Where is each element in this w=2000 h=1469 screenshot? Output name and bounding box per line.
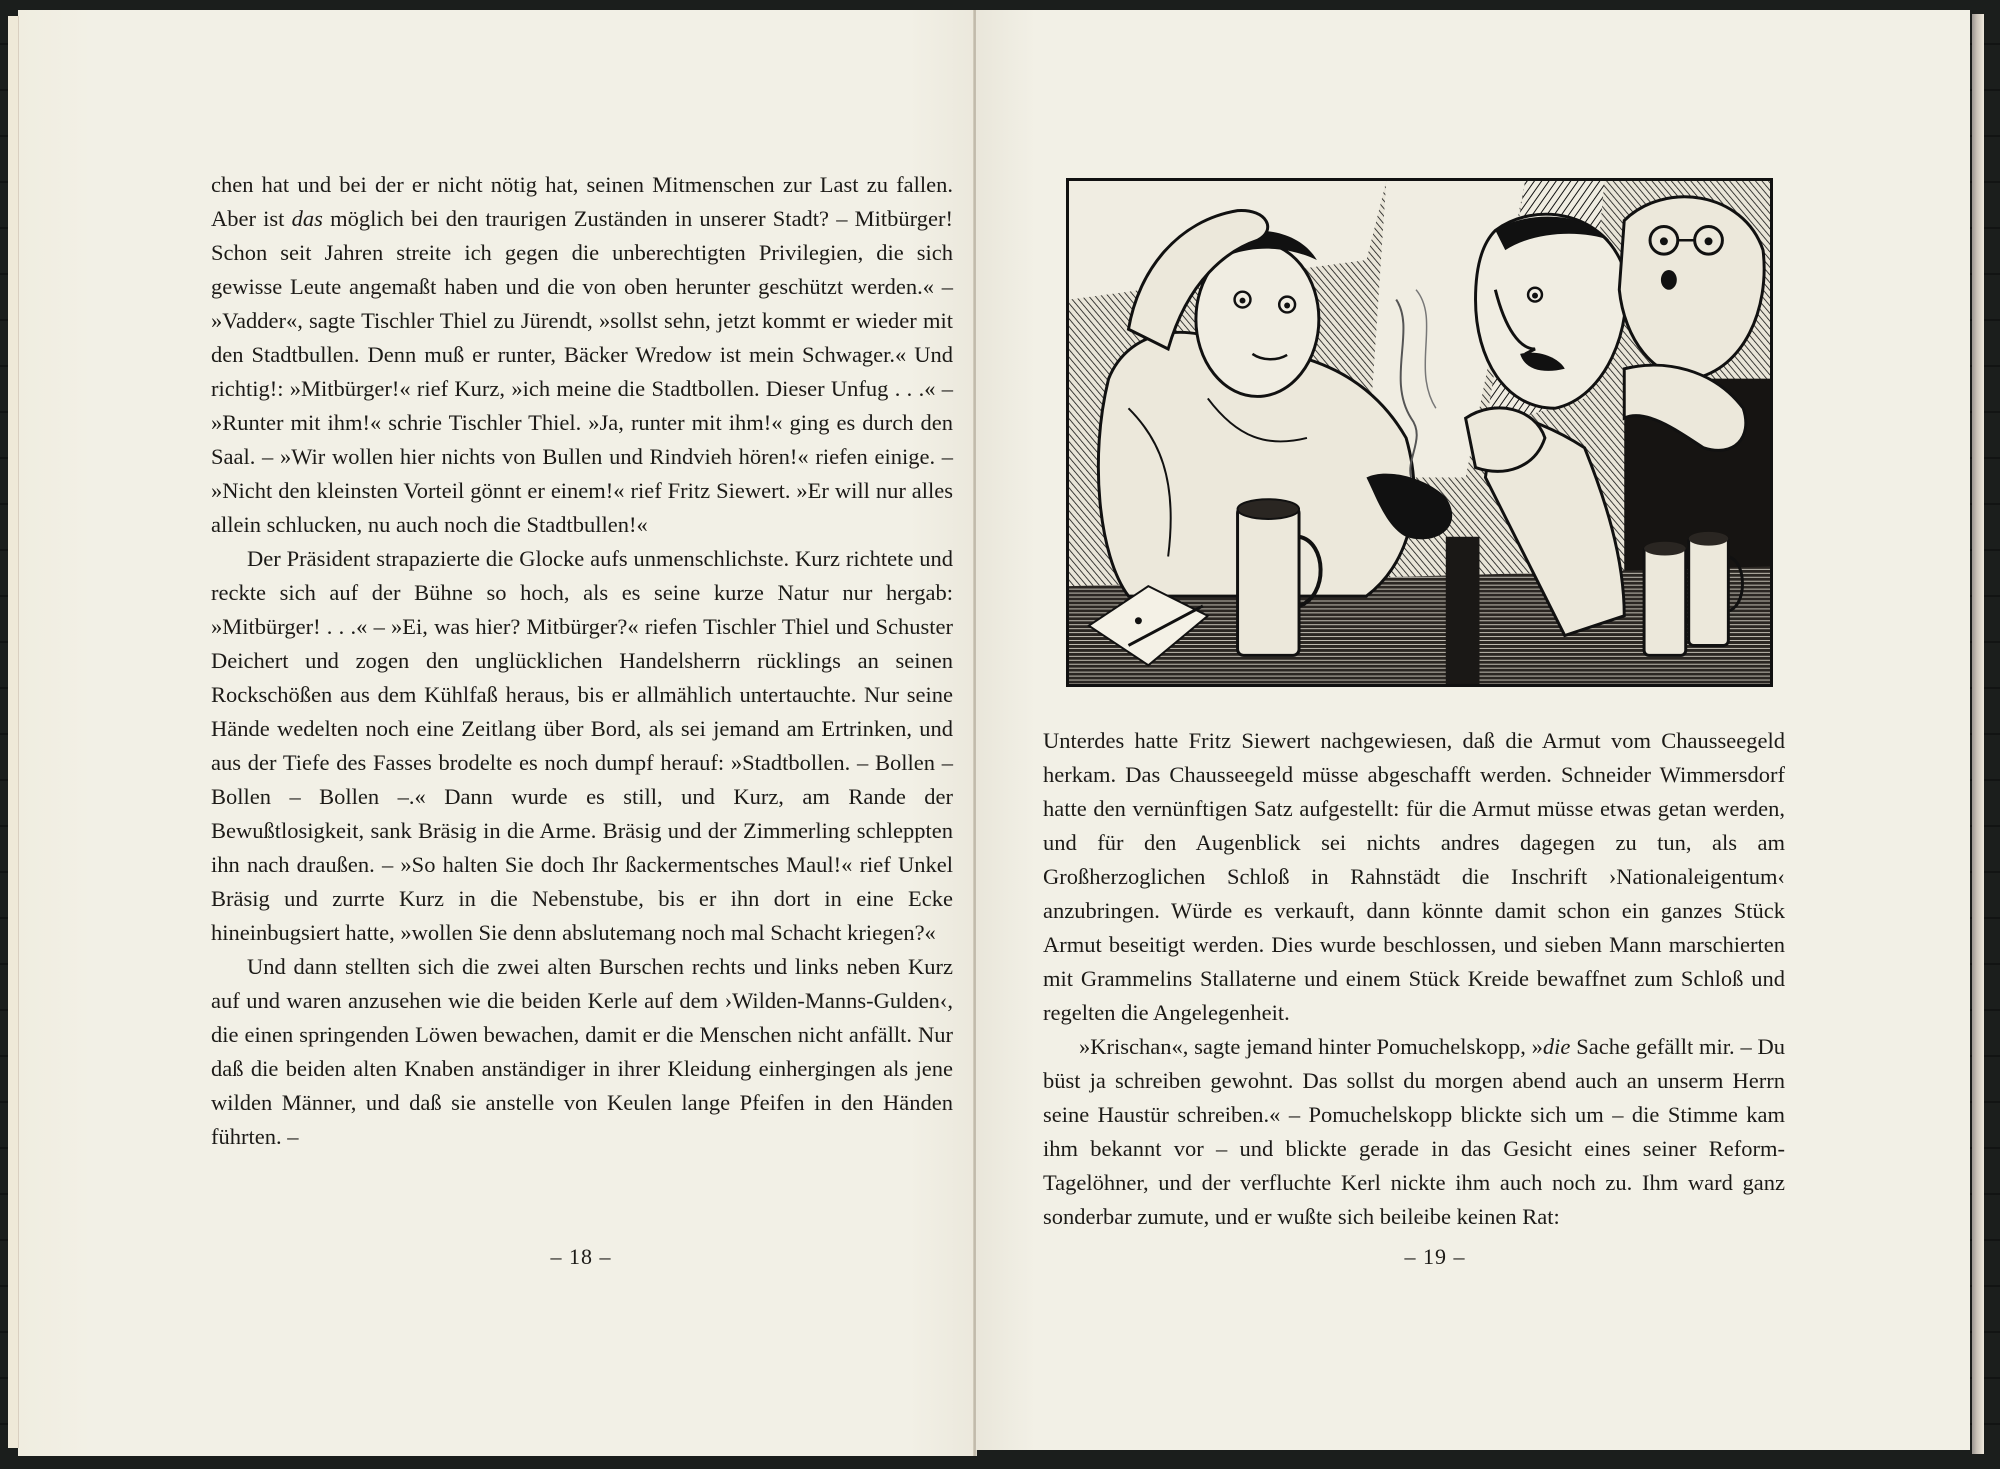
paragraph: chen hat und bei der er nicht nötig hat,…	[211, 168, 953, 542]
emphasis-text: die	[1543, 1034, 1571, 1059]
paragraph-text: möglich bei den traurigen Zuständen in u…	[211, 206, 953, 537]
paragraph: »Krischan«, sagte jemand hinter Pomuchel…	[1043, 1030, 1785, 1234]
woodcut-illustration	[1066, 178, 1773, 687]
paragraph-text: »Krischan«, sagte jemand hinter Pomuchel…	[1079, 1034, 1543, 1059]
paragraph: Und dann stellten sich die zwei alten Bu…	[211, 950, 953, 1154]
page-number-left: – 18 –	[521, 1244, 641, 1270]
paragraph: Unterdes hatte Fritz Siewert nachgewiese…	[1043, 724, 1785, 1030]
emphasis-text: das	[292, 206, 323, 231]
left-page-body-text: chen hat und bei der er nicht nötig hat,…	[211, 168, 953, 1154]
paragraph-text: Sache gefällt mir. – Du büst ja schreibe…	[1043, 1034, 1785, 1229]
right-page-body-text: Unterdes hatte Fritz Siewert nachgewiese…	[1043, 724, 1785, 1234]
page-number-right: – 19 –	[1375, 1244, 1495, 1270]
tavern-scene-image	[1069, 181, 1770, 684]
paragraph: Der Präsident strapazierte die Glocke au…	[211, 542, 953, 950]
